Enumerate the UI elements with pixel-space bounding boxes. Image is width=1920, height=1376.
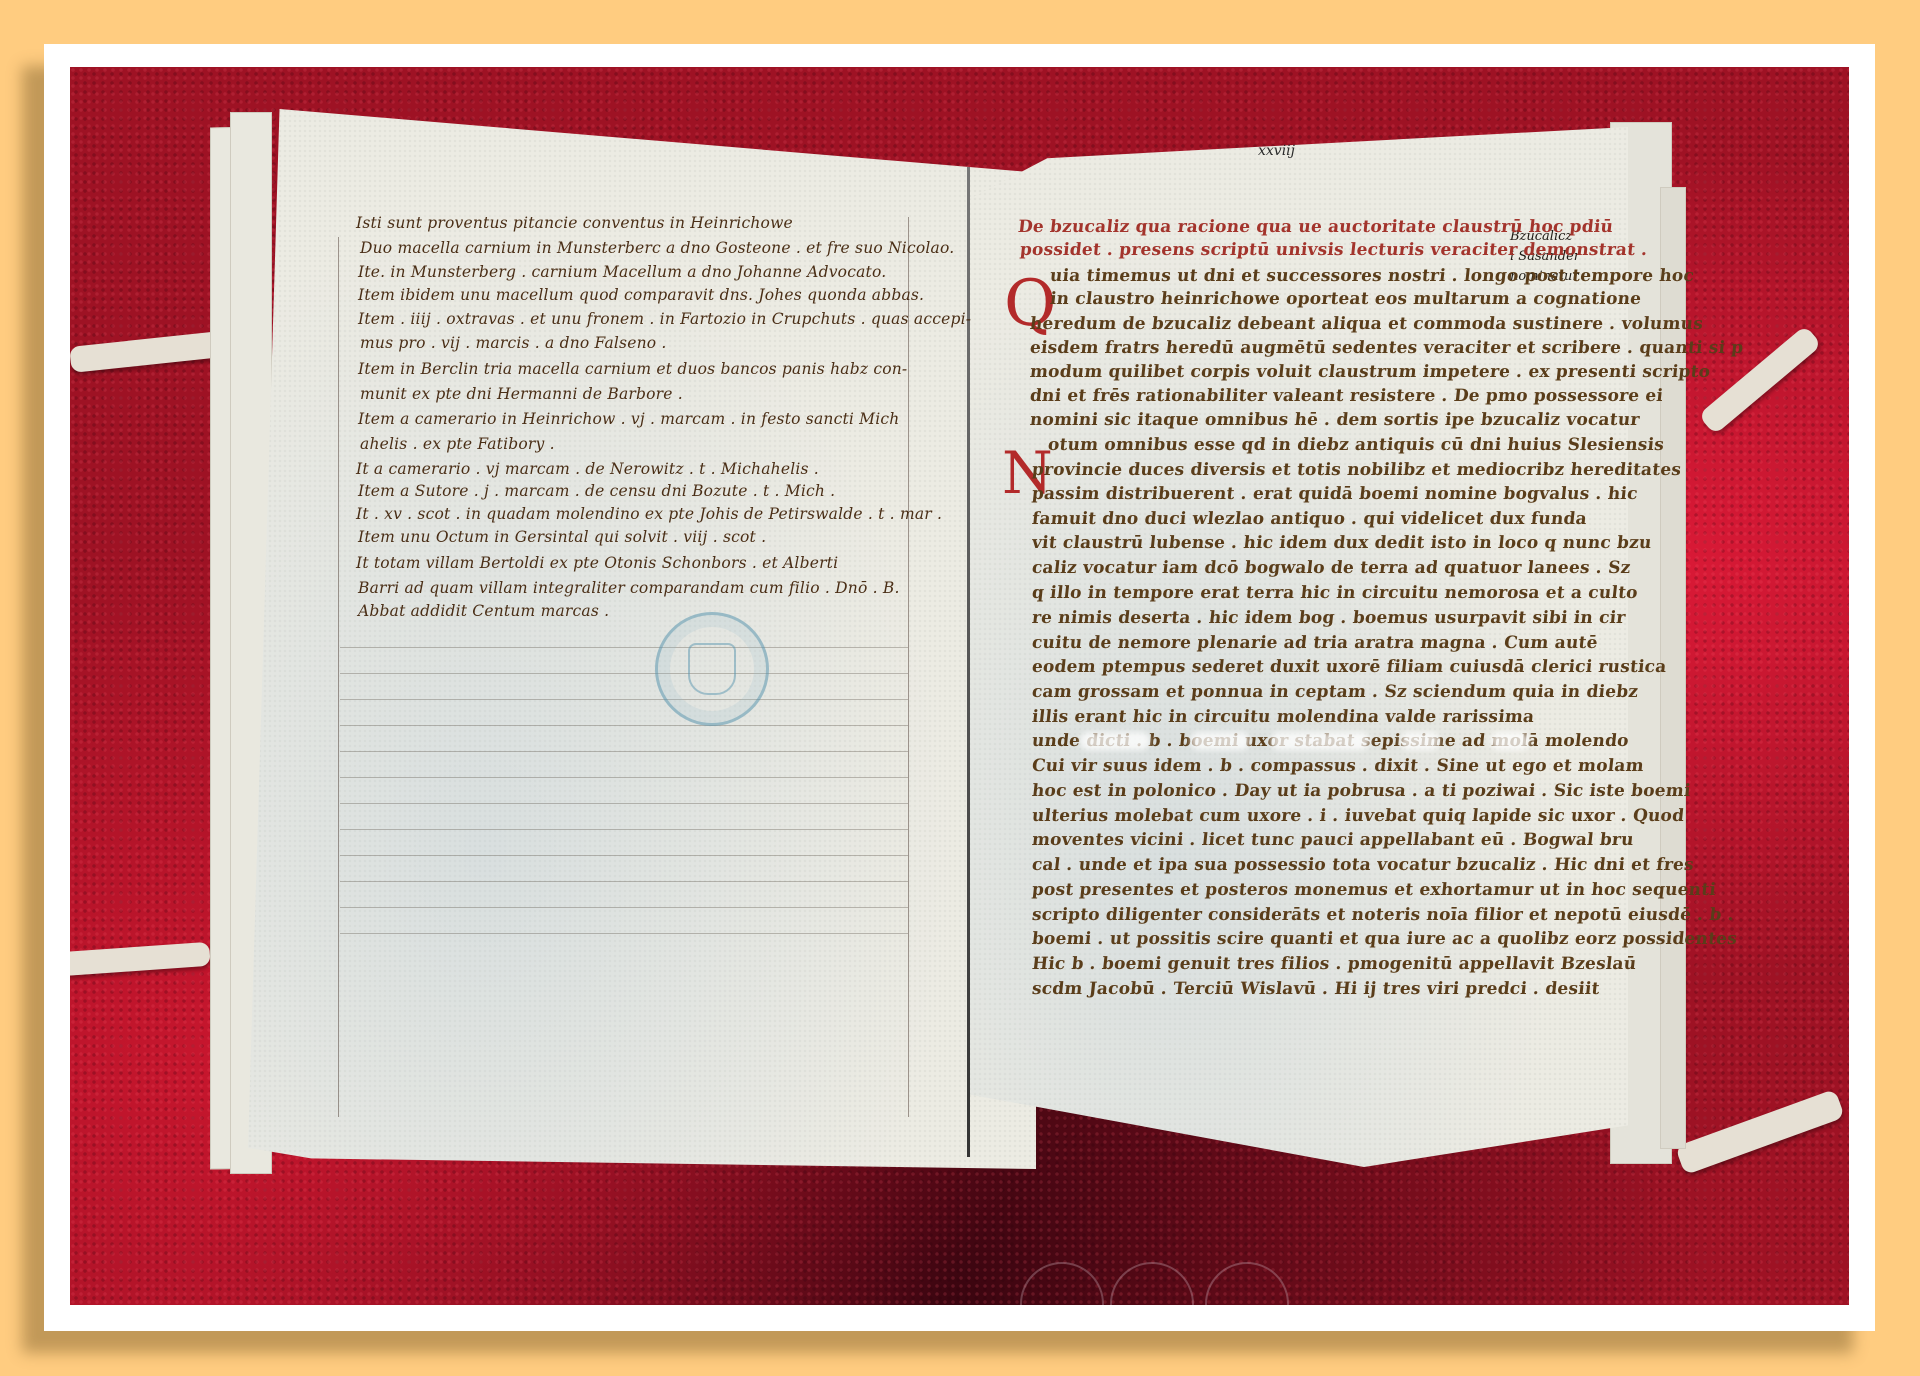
ms-line: in claustro heinrichowe oporteat eos mul… xyxy=(1049,289,1642,309)
ruled-line xyxy=(340,699,908,700)
library-stamp xyxy=(655,612,769,726)
ruled-line xyxy=(340,803,908,804)
ms-line: eisdem fratrs heredū augmētū sedentes ve… xyxy=(1029,338,1745,358)
ms-line: It . xv . scot . in quadam molendino ex … xyxy=(356,505,942,523)
ms-line: otum omnibus esse qd in diebz antiquis c… xyxy=(1047,435,1665,455)
ruled-line xyxy=(340,647,908,648)
ms-line: Barri ad quam villam integraliter compar… xyxy=(358,579,900,597)
stamp-crest-icon xyxy=(688,643,736,695)
ms-line: uia timemus ut dni et successores nostri… xyxy=(1049,266,1695,286)
ms-line: possidet . presens scriptū univsis lectu… xyxy=(1019,240,1649,260)
ms-line: nomini sic itaque omnibus hē . dem sorti… xyxy=(1029,410,1641,430)
ms-line: heredum de bzucaliz debeant aliqua et co… xyxy=(1029,314,1704,334)
photo-frame: Isti sunt proventus pitancie conventus i… xyxy=(44,44,1875,1331)
ruled-line xyxy=(340,673,908,674)
ms-line: Ite. in Munsterberg . carnium Macellum a… xyxy=(358,263,886,281)
ms-line: It a camerario . vj marcam . de Nerowitz… xyxy=(356,460,819,478)
ms-line: cal . unde et ipa sua possessio tota voc… xyxy=(1031,855,1695,875)
folio-number: xxviij xyxy=(1258,143,1295,159)
ruled-line xyxy=(340,907,908,908)
ruled-line xyxy=(340,855,908,856)
ms-line: Cui vir suus idem . b . compassus . dixi… xyxy=(1031,756,1645,776)
ms-line: Abbat addidit Centum marcas . xyxy=(358,602,609,620)
ms-line: vit claustrū lubense . hic idem dux dedi… xyxy=(1031,533,1653,553)
right-margin-rule xyxy=(908,217,909,1117)
ruled-line xyxy=(340,829,908,830)
ms-line: ahelis . ex pte Fatibory . xyxy=(360,435,555,453)
ms-line: It totam villam Bertoldi ex pte Otonis S… xyxy=(356,554,838,572)
manuscript-photo: Isti sunt proventus pitancie conventus i… xyxy=(70,67,1849,1305)
ruled-line xyxy=(340,725,908,726)
ruled-line xyxy=(340,751,908,752)
ms-line: Item ibidem unu macellum quod comparavit… xyxy=(358,286,924,304)
ms-line: ulterius molebat cum uxore . i . iuvebat… xyxy=(1031,806,1685,826)
ruled-line xyxy=(340,933,908,934)
ms-line: Item a camerario in Heinrichow . vj . ma… xyxy=(358,410,899,428)
glass-reflection xyxy=(1270,732,1370,750)
ms-line: famuit dno duci wlezlao antiquo . qui vi… xyxy=(1031,509,1588,529)
ms-line: provincie duces diversis et totis nobili… xyxy=(1031,460,1682,480)
ms-line: munit ex pte dni Hermanni de Barbore . xyxy=(360,385,683,403)
ruled-line xyxy=(340,777,908,778)
ms-line: moventes vicini . licet tunc pauci appel… xyxy=(1031,830,1635,850)
ms-line: Item in Berclin tria macella carnium et … xyxy=(358,360,907,378)
ms-line: illis erant hic in circuitu molendina va… xyxy=(1031,707,1535,727)
ms-line: re nimis deserta . hic idem bog . boemus… xyxy=(1031,608,1627,628)
glass-reflection xyxy=(1490,732,1530,750)
ms-line: Item a Sutore . j . marcam . de censu dn… xyxy=(358,482,835,500)
ms-line: modum quilibet corpis voluit claustrum i… xyxy=(1029,362,1711,382)
ms-line: cuitu de nemore plenarie ad tria aratra … xyxy=(1031,633,1599,653)
ms-line: Isti sunt proventus pitancie conventus i… xyxy=(356,214,793,232)
left-margin-rule xyxy=(338,237,339,1117)
ms-line: Item . iiij . oxtravas . et unu fronem .… xyxy=(358,310,971,328)
ms-line: Hic b . boemi genuit tres filios . pmoge… xyxy=(1031,954,1637,974)
glass-reflection xyxy=(1400,732,1440,750)
glass-reflection xyxy=(1080,732,1150,750)
ms-line: De bzucaliz qua racione qua ue auctorita… xyxy=(1017,217,1614,237)
ms-line: passim distribuerent . erat quidā boemi … xyxy=(1031,484,1639,504)
ms-line: post presentes et posteros monemus et ex… xyxy=(1031,880,1717,900)
ms-line: caliz vocatur iam dcō bogwalo de terra a… xyxy=(1031,558,1632,578)
ms-line: eodem ptempus sederet duxit uxorē filiam… xyxy=(1031,657,1668,677)
ms-line: Item unu Octum in Gersintal qui solvit .… xyxy=(358,528,766,546)
ms-line: scdm Jacobū . Terciū Wislavū . Hi ij tre… xyxy=(1031,979,1601,999)
ms-line: boemi . ut possitis scire quanti et qua … xyxy=(1031,929,1738,949)
ms-line: scripto diligenter considerāts et noteri… xyxy=(1031,905,1735,925)
ms-line: hoc est in polonico . Day ut ia pobrusa … xyxy=(1031,781,1692,801)
ms-line: cam grossam et ponnua in ceptam . Sz sci… xyxy=(1031,682,1639,702)
ms-line: Duo macella carnium in Munsterberc a dno… xyxy=(360,239,954,257)
ruled-line xyxy=(340,881,908,882)
ms-line: mus pro . vij . marcis . a dno Falseno . xyxy=(360,334,667,352)
ms-line: q illo in tempore erat terra hic in circ… xyxy=(1031,583,1639,603)
glass-reflection xyxy=(1190,732,1250,750)
ms-line: dni et frēs rationabiliter valeant resis… xyxy=(1029,386,1664,406)
